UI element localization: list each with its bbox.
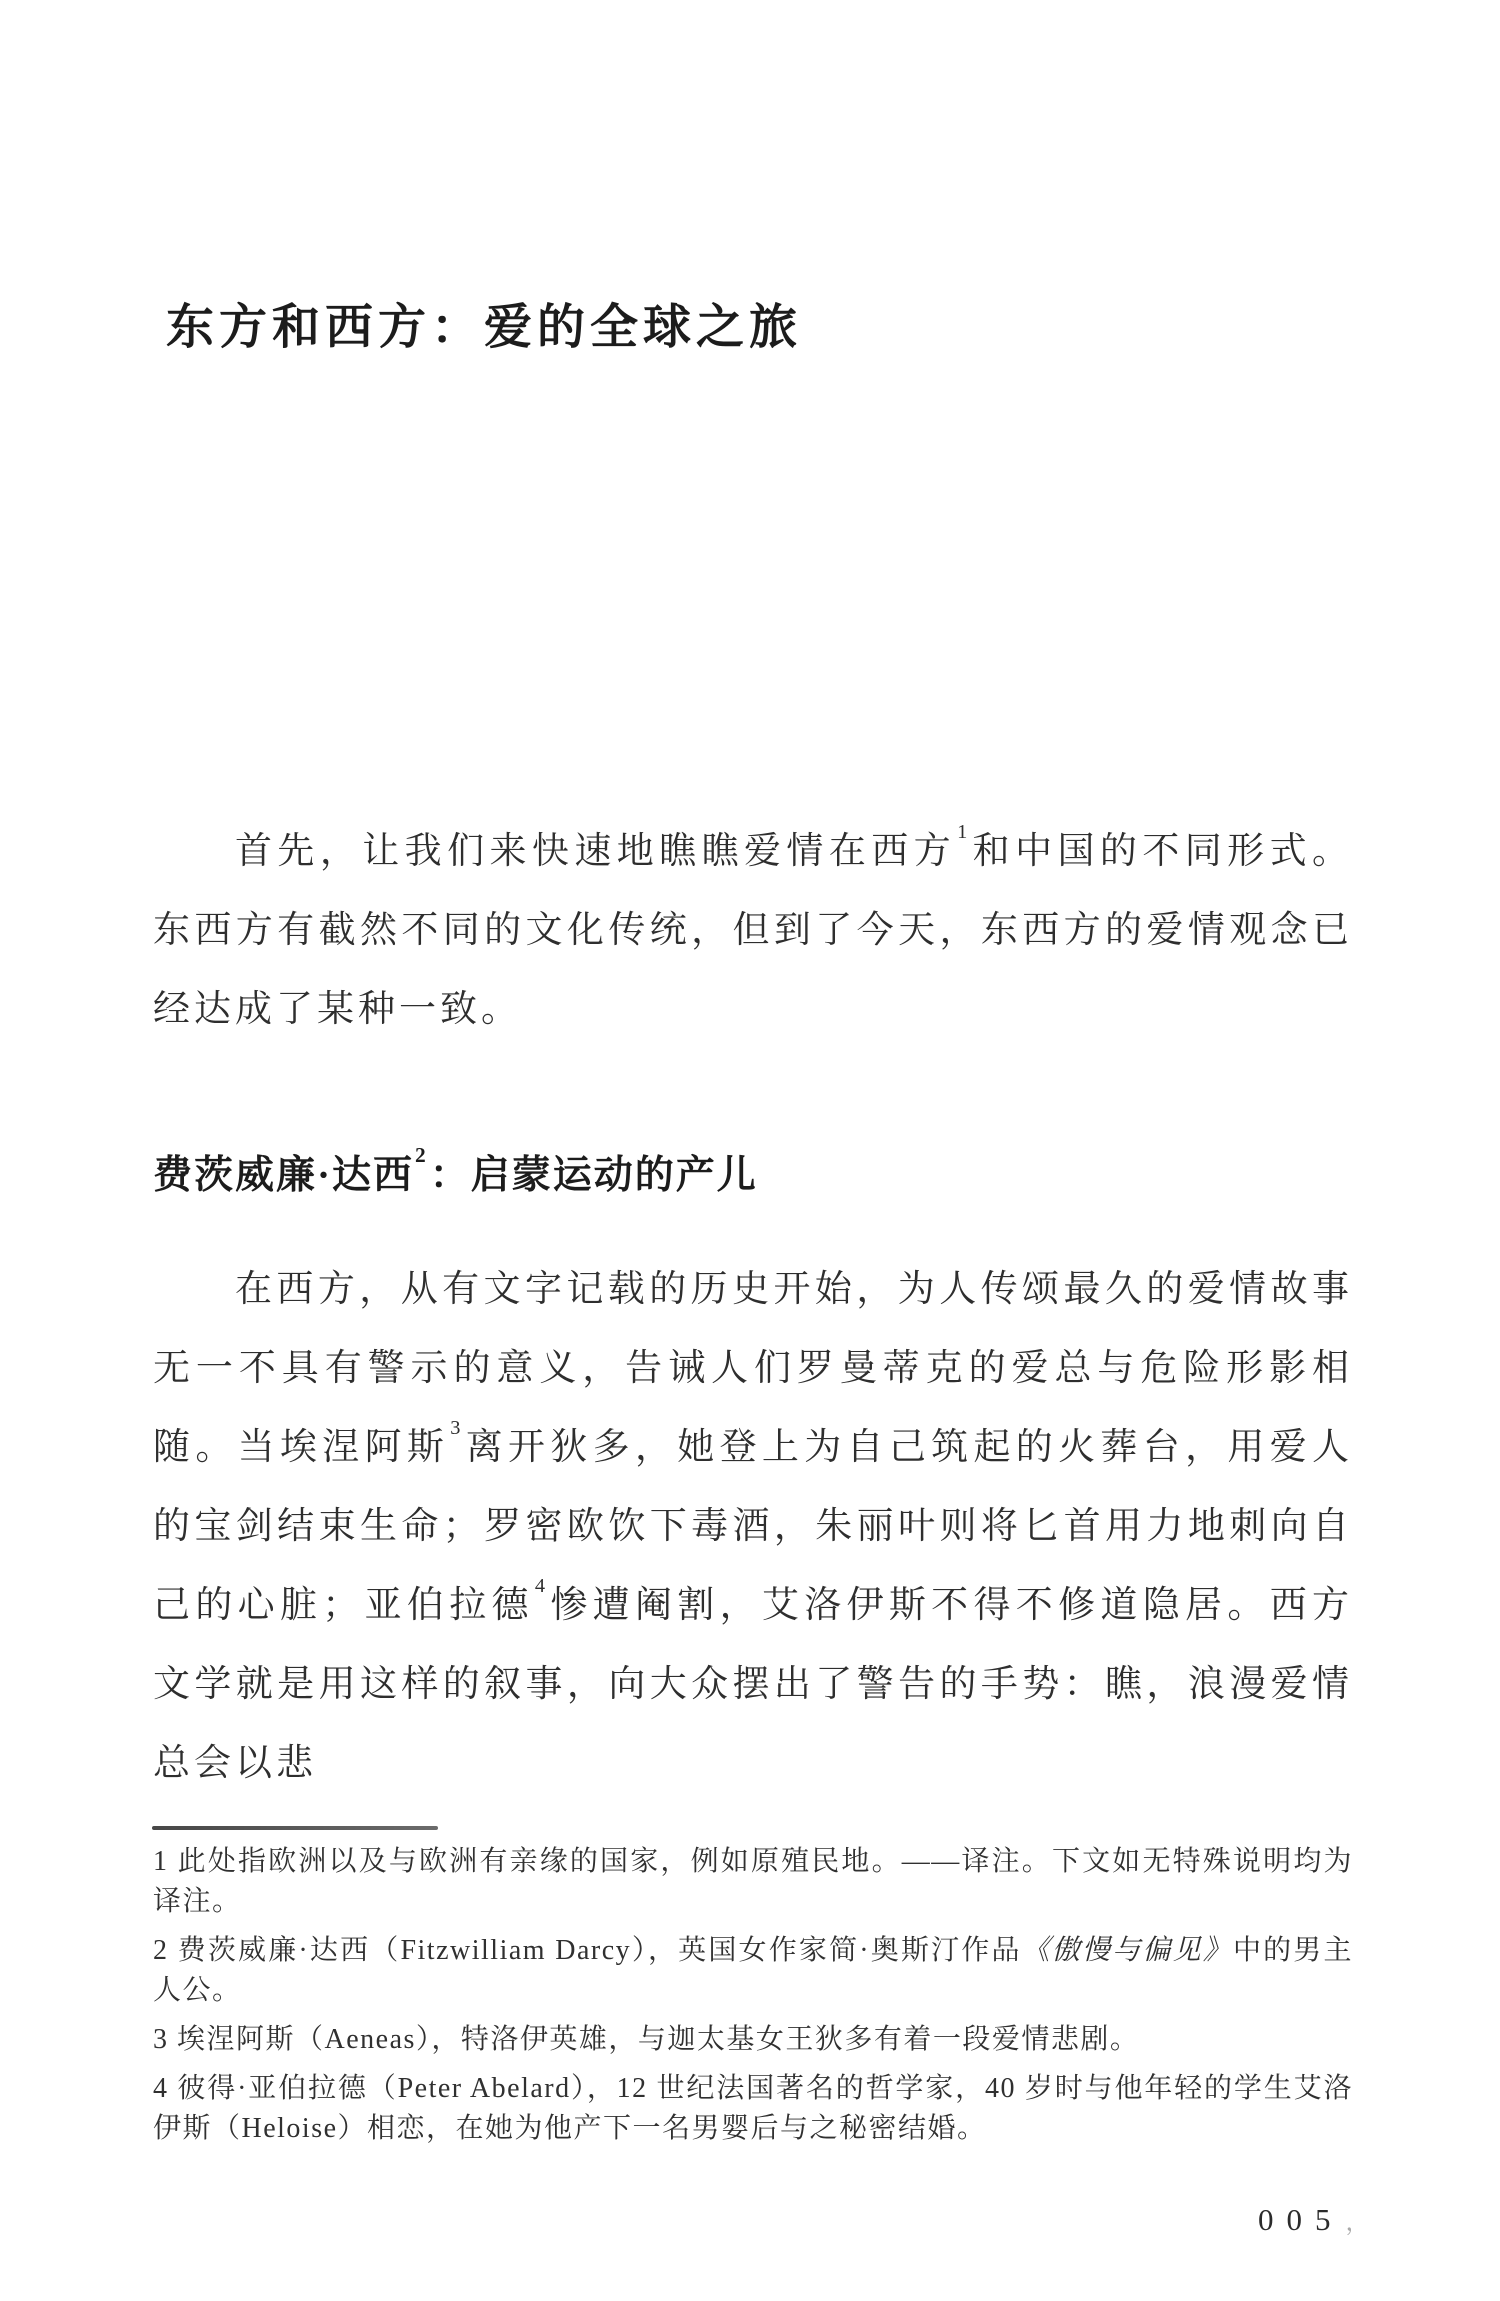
footnotes-section: 1 此处指欧洲以及与欧洲有亲缘的国家，例如原殖民地。——译注。下文如无特殊说明均… [153,1842,1353,2158]
footnote-2-text-1: 2 费茨威廉·达西（Fitzwilliam Darcy），英国女作家简·奥斯汀作… [153,1935,1022,1966]
page-number: 005， [1258,2202,1370,2238]
footnote-ref-3: 3 [450,1417,460,1439]
footnote-4: 4 彼得·亚伯拉德（Peter Abelard），12 世纪法国著名的哲学家，4… [153,2069,1353,2149]
section-heading-text-1: 费茨威廉·达西 [153,1154,414,1197]
footnote-ref-2: 2 [415,1143,426,1167]
chapter-title: 东方和西方：爱的全球之旅 [166,288,802,357]
section-heading-text-2: ：启蒙运动的产儿 [430,1154,758,1197]
footnote-separator [152,1826,438,1830]
scan-speck: ， [1346,2210,1370,2236]
footnote-1: 1 此处指欧洲以及与欧洲有亲缘的国家，例如原殖民地。——译注。下文如无特殊说明均… [153,1842,1353,1922]
footnote-3: 3 埃涅阿斯（Aeneas），特洛伊英雄，与迦太基女王狄多有着一段爱情悲剧。 [153,2020,1353,2060]
body-paragraph: 在西方，从有文字记载的历史开始，为人传颂最久的爱情故事无一不具有警示的意义，告诫… [153,1250,1353,1803]
section-heading: 费茨威廉·达西2：启蒙运动的产儿 [153,1144,758,1200]
book-page: 东方和西方：爱的全球之旅 首先，让我们来快速地瞧瞧爱情在西方1和中国的不同形式。… [0,0,1500,2301]
page-number-value: 005 [1258,2202,1344,2237]
footnote-ref-4: 4 [535,1575,545,1597]
book-title: 《傲慢与偏见》 [1022,1935,1233,1966]
footnote-2: 2 费茨威廉·达西（Fitzwilliam Darcy），英国女作家简·奥斯汀作… [153,1931,1353,2011]
footnote-ref-1: 1 [957,821,967,843]
intro-paragraph: 首先，让我们来快速地瞧瞧爱情在西方1和中国的不同形式。东西方有截然不同的文化传统… [153,812,1353,1049]
intro-text-1: 首先，让我们来快速地瞧瞧爱情在西方 [235,831,956,872]
